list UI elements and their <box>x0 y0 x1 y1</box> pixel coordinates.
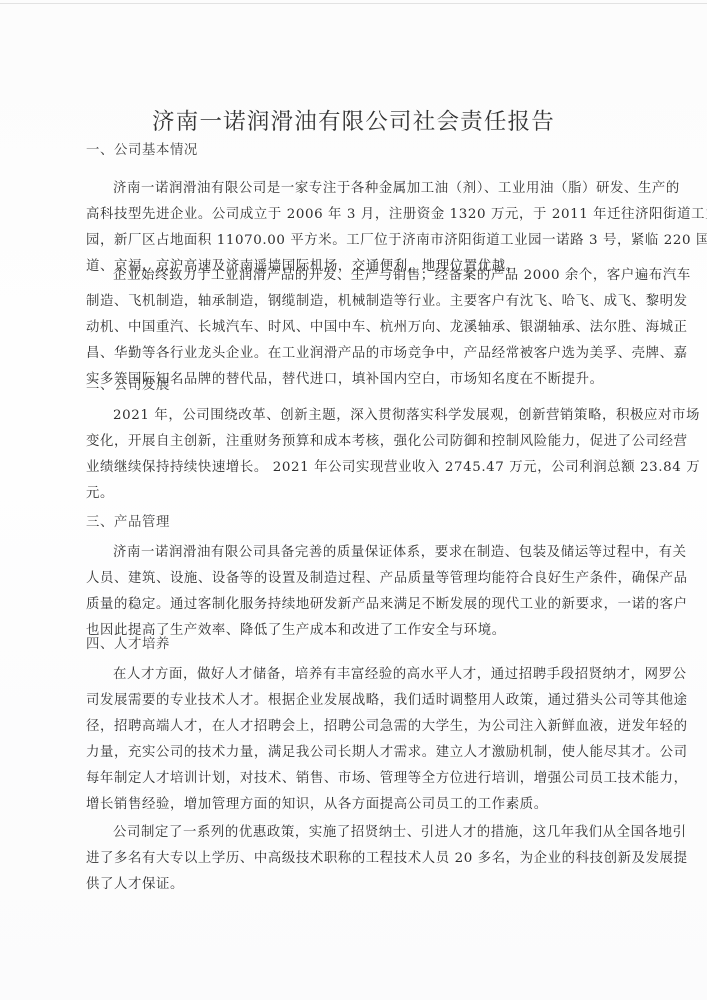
paragraph-line: 2021 年，公司围绕改革、创新主题，深入贯彻落实科学发展观，创新营销策略，积极… <box>113 408 631 424</box>
paragraph-line: 增长销售经验，增加管理方面的知识，从各方面提高公司员工的工作素质。 <box>86 797 548 813</box>
paragraph-line: 园，新厂区占地面积 11070.00 平方米。工厂位于济南市济阳街道工业园一诺路… <box>86 233 631 249</box>
paragraph-line: 变化，开展自主创新，注重财务预算和成本考核，强化公司防御和控制风险能力，促进了公… <box>86 434 631 450</box>
paragraph-line: 业绩继续保持持续快速增长。 2021 年公司实现营业收入 2745.47 万元，… <box>86 460 631 476</box>
section-heading-company-development: 二、公司发展 <box>86 378 170 394</box>
paragraph-line: 供了人才保证。 <box>86 877 184 893</box>
paragraph-line: 昌、华勤等各行业龙头企业。在工业润滑产品的市场竞争中，产品经常被客户选为美孚、壳… <box>86 346 631 362</box>
section-heading-talent-development: 四、人才培养 <box>86 637 170 653</box>
paragraph-line: 司发展需要的专业技术人才。根据企业发展战略，我们适时调整用人政策，通过猎头公司等… <box>86 693 631 709</box>
section-heading-company-overview: 一、公司基本情况 <box>86 143 198 159</box>
section-heading-product-management: 三、产品管理 <box>86 515 170 531</box>
paragraph-line: 制造、飞机制造，轴承制造，钢缆制造，机械制造等行业。主要客户有沈飞、哈飞、成飞、… <box>86 294 631 310</box>
paragraph-line: 质量的稳定。通过客制化服务持续地研发新产品来满足不断发展的现代工业的新要求，一诺… <box>86 597 631 613</box>
paragraph-line: 公司制定了一系列的优惠政策，实施了招贤纳士、引进人才的措施，这几年我们从全国各地… <box>113 825 631 841</box>
document-title: 济南一诺润滑油有限公司社会责任报告 <box>0 104 707 136</box>
scan-edge-line <box>0 3 707 4</box>
scanned-document-page: 济南一诺润滑油有限公司社会责任报告 一、公司基本情况 济南一诺润滑油有限公司是一… <box>0 0 707 1000</box>
paragraph-line: 力量，充实公司的技术力量，满足我公司长期人才需求。建立人才激励机制，使人能尽其才… <box>86 745 631 761</box>
paragraph-line: 高科技型先进企业。公司成立于 2006 年 3 月，注册资金 1320 万元，于… <box>86 207 631 223</box>
paragraph-line: 径，招聘高端人才，在人才招聘会上，招聘公司急需的大学生，为公司注入新鲜血液，迸发… <box>86 719 631 735</box>
paragraph-line: 济南一诺润滑油有限公司具备完善的质量保证体系，要求在制造、包装及储运等过程中，有… <box>113 545 631 561</box>
paragraph-line: 人员、建筑、设施、设备等的设置及制造过程、产品质量等管理均能符合良好生产条件，确… <box>86 571 631 587</box>
paragraph-line: 动机、中国重汽、长城汽车、时风、中国中车、杭州万向、龙溪轴承、银湖轴承、法尔胜、… <box>86 320 631 336</box>
paragraph-line: 进了多名有大专以上学历、中高级技术职称的工程技术人员 20 多名，为企业的科技创… <box>86 851 631 867</box>
paragraph-line: 元。 <box>86 486 114 502</box>
paragraph-line: 每年制定人才培训计划，对技术、销售、市场、管理等全方位进行培训，增强公司员工技术… <box>86 771 631 787</box>
paragraph-line: 济南一诺润滑油有限公司是一家专注于各种金属加工油（剂）、工业用油（脂）研发、生产… <box>113 181 631 197</box>
paragraph-line: 在人才方面，做好人才储备，培养有丰富经验的高水平人才，通过招聘手段招贤纳才，网罗… <box>113 667 631 683</box>
paragraph-line: 企业始终致力于工业润滑产品的开发、生产与销售；经备案的产品 2000 余个，客户… <box>113 268 631 284</box>
